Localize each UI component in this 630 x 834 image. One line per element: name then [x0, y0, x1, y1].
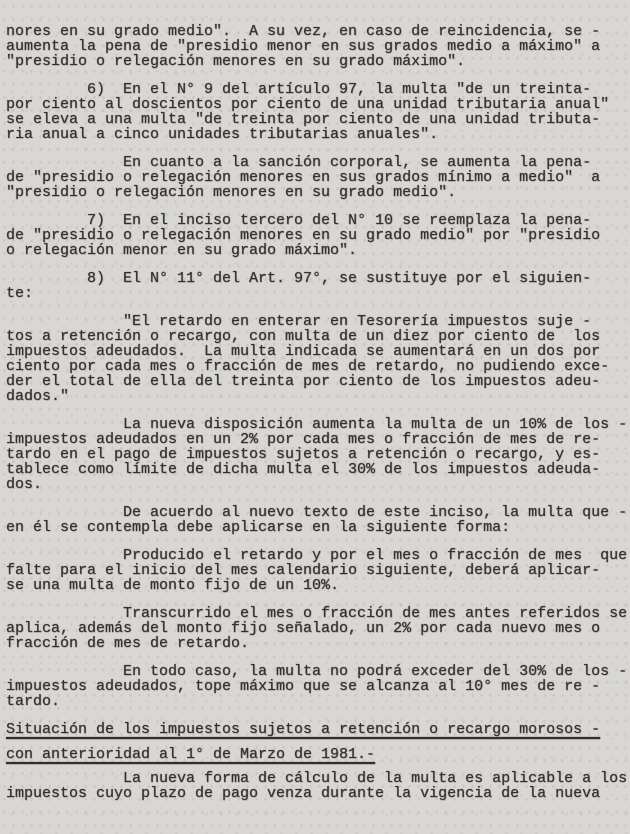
text-line: tardo.	[6, 694, 630, 709]
text-line: tablece como límite de dicha multa el 30…	[6, 462, 630, 477]
paragraph: 6) En el N° 9 del artículo 97, la multa …	[6, 82, 630, 142]
text-line: fracción de mes de retardo.	[6, 636, 630, 651]
text-line: Situación de los impuestos sujetos a ret…	[6, 722, 630, 737]
text-line: dados."	[6, 389, 630, 404]
text-line: aumenta la pena de "presidio menor en su…	[6, 39, 630, 54]
paragraph: La nueva disposición aumenta la multa de…	[6, 417, 630, 492]
text-line: por ciento al doscientos por ciento de u…	[6, 97, 630, 112]
text-line: Transcurrido el mes o fracción de mes an…	[6, 606, 630, 621]
scanned-document-page: nores en su grado medio". A su vez, en c…	[0, 0, 630, 834]
paragraph: En cuanto a la sanción corporal, se aume…	[6, 155, 630, 200]
text-line: impuestos cuyo plazo de pago venza duran…	[6, 786, 630, 801]
section-heading: Situación de los impuestos sujetos a ret…	[6, 722, 630, 762]
text-line: En cuanto a la sanción corporal, se aume…	[6, 155, 630, 170]
text-line: con anterioridad al 1° de Marzo de 1981.…	[6, 747, 630, 762]
text-line: tos a retención o recargo, con multa de …	[6, 329, 630, 344]
paragraph: 7) En el inciso tercero del N° 10 se ree…	[6, 213, 630, 258]
text-line: impuestos adeudados en un 2% por cada me…	[6, 432, 630, 447]
text-line: ria anual a cinco unidades tributarias a…	[6, 127, 630, 142]
text-line: de "presidio o relegación menores en su …	[6, 228, 630, 243]
paragraph: Producido el retardo y por el mes o frac…	[6, 548, 630, 593]
text-line: dos.	[6, 477, 630, 492]
paragraph: La nueva forma de cálculo de la multa es…	[6, 771, 630, 801]
paragraph: 8) El N° 11° del Art. 97°, se sustituye …	[6, 271, 630, 301]
text-line: aplica, además del monto fijo señalado, …	[6, 621, 630, 636]
paragraph: "El retardo en enterar en Tesorería impu…	[6, 314, 630, 404]
text-line: der el total de ella del treinta por cie…	[6, 374, 630, 389]
text-line: "presidio o relegación menores en su gra…	[6, 185, 630, 200]
text-line: nores en su grado medio". A su vez, en c…	[6, 24, 630, 39]
text-line: te:	[6, 286, 630, 301]
text-line: La nueva forma de cálculo de la multa es…	[6, 771, 630, 786]
text-line: se una multa de monto fijo de un 10%.	[6, 578, 630, 593]
text-line: ciento por cada mes o fracción de mes de…	[6, 359, 630, 374]
document-body: nores en su grado medio". A su vez, en c…	[6, 24, 630, 801]
paragraph: Transcurrido el mes o fracción de mes an…	[6, 606, 630, 651]
text-line: En todo caso, la multa no podrá exceder …	[6, 664, 630, 679]
text-line: 6) En el N° 9 del artículo 97, la multa …	[6, 82, 630, 97]
text-line: o relegación menor en su grado máximo".	[6, 243, 630, 258]
text-line: impuestos adeudados, tope máximo que se …	[6, 679, 630, 694]
text-line: 7) En el inciso tercero del N° 10 se ree…	[6, 213, 630, 228]
paragraph: En todo caso, la multa no podrá exceder …	[6, 664, 630, 709]
text-line: La nueva disposición aumenta la multa de…	[6, 417, 630, 432]
text-line: De acuerdo al nuevo texto de este inciso…	[6, 505, 630, 520]
paragraph: De acuerdo al nuevo texto de este inciso…	[6, 505, 630, 535]
text-line: se eleva a una multa "de treinta por cie…	[6, 112, 630, 127]
text-line: de "presidio o relegación menores en sus…	[6, 170, 630, 185]
text-line: "presidio o relegación menores en su gra…	[6, 54, 630, 69]
text-line: Producido el retardo y por el mes o frac…	[6, 548, 630, 563]
text-line: tardo en el pago de impuestos sujetos a …	[6, 447, 630, 462]
text-line: 8) El N° 11° del Art. 97°, se sustituye …	[6, 271, 630, 286]
paragraph: nores en su grado medio". A su vez, en c…	[6, 24, 630, 69]
text-line: en él se contempla debe aplicarse en la …	[6, 520, 630, 535]
text-line: "El retardo en enterar en Tesorería impu…	[6, 314, 630, 329]
text-line: falte para el inicio del mes calendario …	[6, 563, 630, 578]
text-line: impuestos adeudados. La multa indicada s…	[6, 344, 630, 359]
